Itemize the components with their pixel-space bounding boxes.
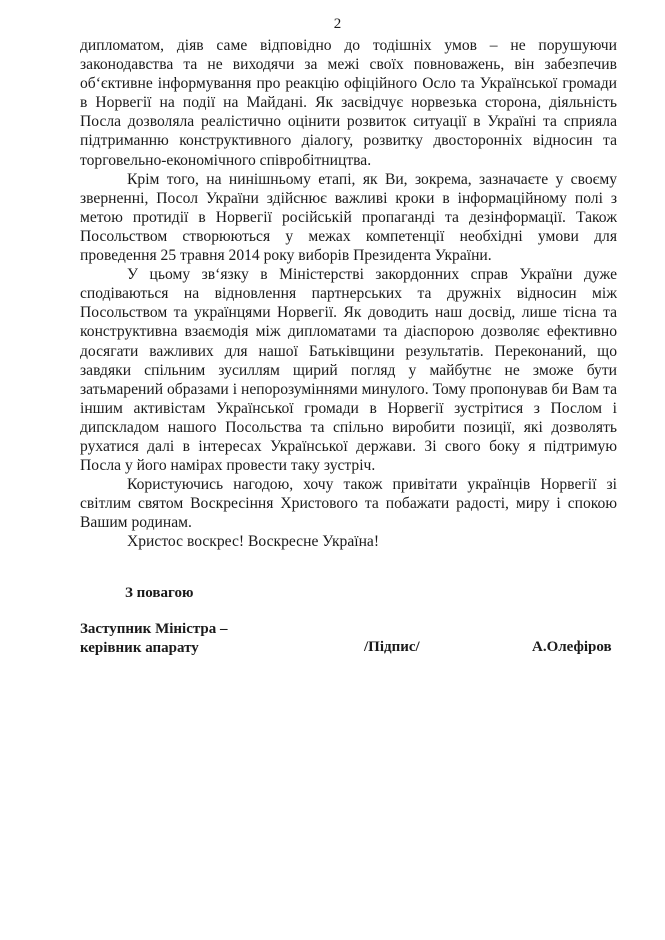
signature-mark: /Підпис/ bbox=[364, 639, 420, 656]
page-number: 2 bbox=[0, 16, 665, 33]
paragraph-4: Користуючись нагодою, хочу також привіта… bbox=[80, 475, 617, 532]
signatory-title: Заступник Міністра – керівник апарату bbox=[80, 620, 228, 658]
signatory-title-line-2: керівник апарату bbox=[80, 639, 228, 658]
letter-body: дипломатом, діяв саме відповідно до тоді… bbox=[80, 36, 617, 552]
paragraph-1: дипломатом, діяв саме відповідно до тоді… bbox=[80, 36, 617, 170]
paragraph-3: У цьому зв‘язку в Міністерстві закордонн… bbox=[80, 265, 617, 475]
signatory-name: А.Олефіров bbox=[532, 639, 612, 656]
paragraph-2: Крім того, на нинішньому етапі, як Ви, з… bbox=[80, 170, 617, 265]
closing-salutation: З повагою bbox=[125, 585, 193, 602]
signatory-title-line-1: Заступник Міністра – bbox=[80, 620, 228, 639]
paragraph-5: Христос воскрес! Воскресне Україна! bbox=[80, 532, 617, 551]
